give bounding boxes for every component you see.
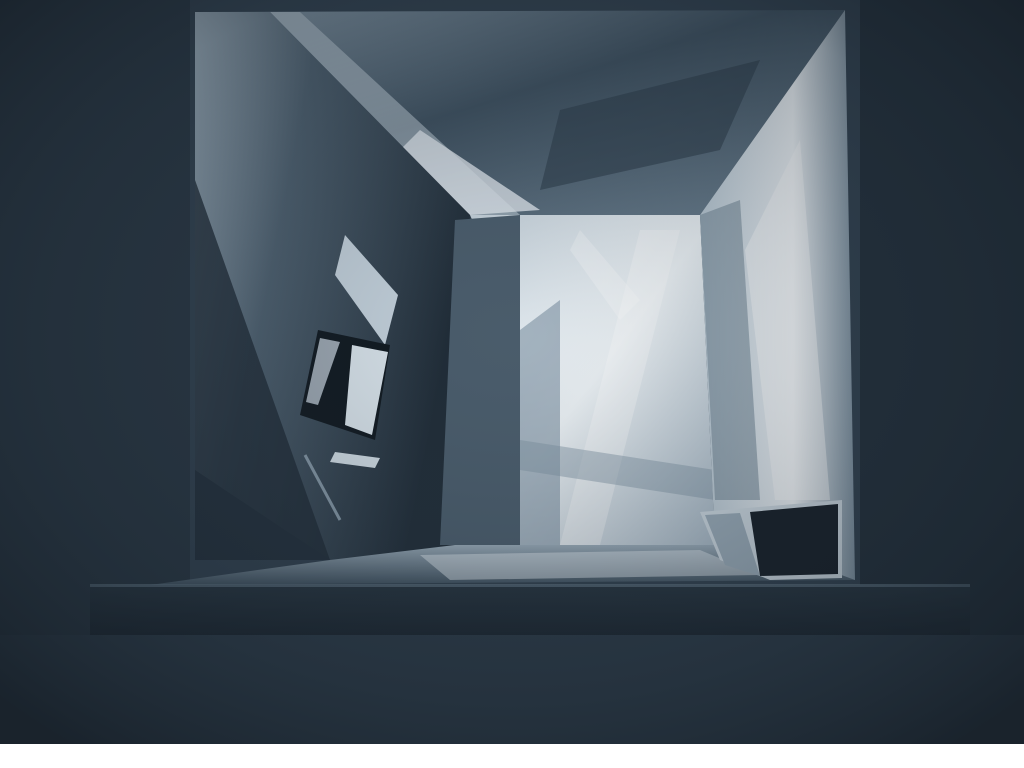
vignette (0, 0, 1024, 744)
stage-set-photograph: Stage set model with slanted walls, a ti… (0, 0, 1024, 744)
stage-set-illustration (0, 0, 1024, 744)
